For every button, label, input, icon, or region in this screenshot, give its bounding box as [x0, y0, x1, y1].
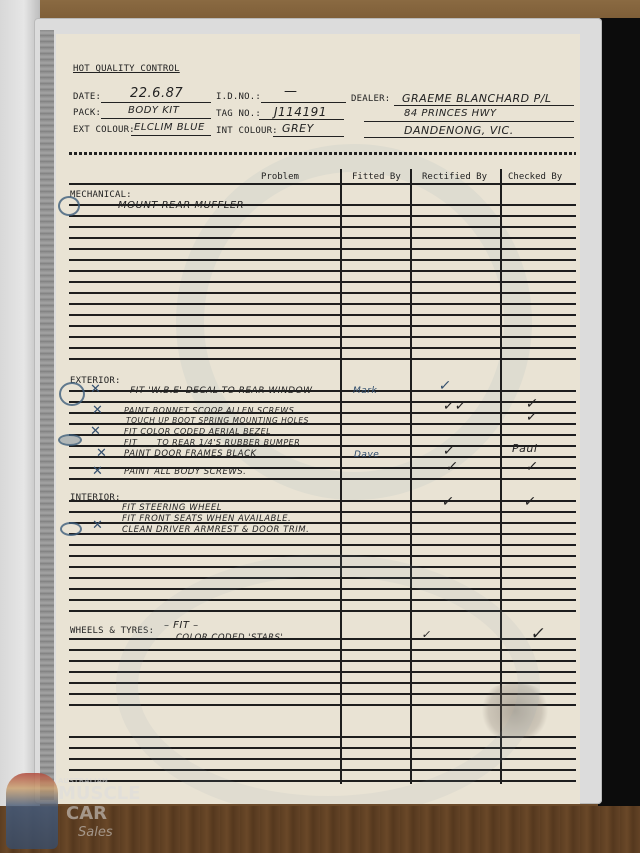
fitted-by-value: Mark [353, 386, 377, 396]
date-value: 22.6.87 [130, 86, 183, 101]
check-mark-icon: ✓ [421, 628, 433, 641]
exterior-item: PAINT BONNET SCOOP ALLEN SCREWS [124, 406, 294, 415]
pack-value: BODY KIT [128, 105, 179, 116]
exterior-item: FIT ___ TO REAR 1/4'S RUBBER BUMPER [124, 438, 300, 447]
col-header-fitted-by: Fitted By [352, 172, 401, 182]
exterior-item: FIT COLOR CODED AERIAL BEZEL [124, 427, 271, 436]
quality-control-form: HOT QUALITY CONTROL DATE: 22.6.87 I.D.NO… [56, 34, 580, 804]
pack-label: PACK: [73, 108, 101, 118]
dealer-name: GRAEME BLANCHARD P/L [402, 92, 552, 105]
x-mark-icon: ✕ [90, 424, 101, 439]
date-label: DATE: [73, 92, 101, 102]
x-mark-icon: ✕ [96, 446, 107, 461]
column-divider [410, 169, 412, 784]
form-title: HOT QUALITY CONTROL [73, 64, 180, 74]
binder-cover [598, 18, 640, 808]
section-mechanical: MECHANICAL: [70, 190, 132, 200]
check-mark-icon: ✓ [525, 459, 540, 475]
x-mark-icon: ✕ [92, 464, 103, 479]
interior-item: FIT FRONT SEATS WHEN AVAILABLE. [122, 514, 291, 524]
dealer-address: 84 PRINCES HWY [404, 108, 497, 119]
interior-item: FIT STEERING WHEEL [122, 503, 222, 513]
pinup-figure-icon [6, 773, 58, 849]
check-mark-icon: ✓ [445, 459, 460, 475]
check-mark-icon: ✓ [523, 494, 538, 510]
int-colour-value: GREY [282, 122, 314, 135]
col-header-checked-by: Checked By [508, 172, 562, 182]
scribble-icon [58, 434, 82, 446]
x-mark-icon: ✕ [90, 382, 101, 397]
id-no-value: — [284, 84, 298, 99]
ink-stamp [480, 684, 550, 738]
wheels-item: COLOR CODED 'STARS' [176, 633, 283, 643]
binder-rings [40, 30, 54, 800]
wheels-item: – FIT – [164, 620, 199, 631]
checked-by-value: Paul [512, 442, 537, 455]
mechanical-item: MOUNT REAR MUFFLER [118, 200, 244, 211]
watermark-logo: AUSTRALIAN MUSCLE CAR Sales [0, 765, 150, 850]
check-mark-icon: ✓ [529, 624, 547, 644]
check-mark-icon: ✓✓ [442, 398, 468, 414]
circle-mark-icon [58, 196, 80, 216]
interior-item: CLEAN DRIVER ARMREST & DOOR TRIM. [122, 525, 309, 535]
dealer-city: DANDENONG, VIC. [404, 124, 514, 137]
exterior-item: PAINT ALL BODY SCREWS. [124, 467, 246, 477]
separator-dotted [69, 152, 576, 155]
dealer-label: DEALER: [351, 94, 390, 104]
id-no-label: I.D.NO.: [216, 92, 261, 102]
exterior-item: TOUCH UP BOOT SPRING MOUNTING HOLES [126, 416, 309, 425]
section-wheels-tyres: WHEELS & TYRES: [70, 626, 154, 636]
column-divider [500, 169, 502, 784]
fitted-by-value: Dave [354, 450, 379, 460]
x-mark-icon: ✕ [92, 403, 103, 418]
tag-no-value: J114191 [274, 105, 327, 119]
col-header-rectified-by: Rectified By [422, 172, 487, 182]
circle-mark-icon [60, 522, 82, 536]
exterior-item: FIT 'W.B.E' DECAL TO REAR WINDOW [130, 386, 313, 396]
ext-colour-label: EXT COLOUR: [73, 125, 135, 135]
int-colour-label: INT COLOUR: [216, 126, 278, 136]
tag-no-label: TAG NO.: [216, 109, 261, 119]
check-mark-icon: ✓ [441, 494, 456, 510]
exterior-item: PAINT DOOR FRAMES BLACK [124, 449, 257, 459]
circle-mark-icon [59, 382, 85, 406]
col-header-problem: Problem [261, 172, 299, 182]
column-divider [340, 169, 342, 784]
ext-colour-value: ELCLIM BLUE [134, 122, 205, 133]
check-mark-icon: ✓ [438, 378, 453, 394]
x-mark-icon: ✕ [92, 518, 103, 533]
section-interior: INTERIOR: [70, 493, 121, 503]
